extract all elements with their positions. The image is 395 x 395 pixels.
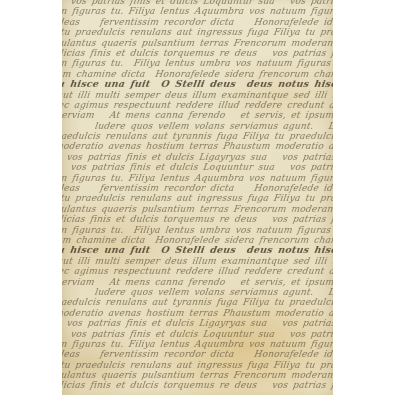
script-line: moderatio avenas hostium terras Phaustum…	[62, 142, 333, 152]
script-line: ham figuras tu. Filiya lentus Aquumbra v…	[62, 174, 333, 184]
script-line: tu hisce una fuit O Stelli deus deus not…	[62, 246, 333, 256]
script-line: r tu praedulcis renulans aut ingressus f…	[62, 28, 333, 38]
script-line: ideas ferventissim recordor dicta Honora…	[62, 18, 333, 28]
script-line: ham figuras tu. Filiya lentus umbra vos …	[62, 226, 333, 236]
script-line: et aut illi multi semper deus illum exam…	[62, 91, 333, 101]
script-line: ham figuras tu. Filiya lentus Aquumbra v…	[62, 340, 333, 350]
script-line: ham figuras tu. Filiya lentus Aquumbra v…	[62, 7, 333, 17]
script-line: ludere quos vellem volans serviamus agun…	[94, 122, 333, 132]
script-line: renulantus quaeris pulsantium terras Fre…	[62, 205, 333, 215]
script-line: praedulcis renulans aut tyrannis fuga Fi…	[62, 132, 333, 142]
script-line: ideas ferventissim recordor dicta Honora…	[62, 350, 333, 360]
script-line: vos patrias finis et dulcis Ligayryas su…	[66, 319, 333, 329]
script-line: vos patrias finis et dulcis Loquuntur su…	[70, 330, 333, 340]
script-line: serviam At mens canna ferendo et servis,…	[62, 278, 333, 288]
left-margin	[0, 0, 62, 395]
script-line: moderatio avenas hostium terras Phaustum…	[62, 309, 333, 319]
script-line: ham figuras tu. Filiya lentus umbra vos …	[62, 59, 333, 69]
script-line: haec agimus respectuunt reddere illud re…	[62, 101, 333, 111]
script-line: serviam At mens canna ferendo et servis,…	[62, 111, 333, 121]
script-line: tu hisce una fuit O Stelli deus deus not…	[62, 80, 333, 90]
page-background: vos patrias finis et dulcis Loquuntur su…	[0, 0, 395, 395]
script-line: delicias finis et dulcis torquemus re de…	[62, 381, 333, 391]
script-line: delicias finis et dulcis torquemus re de…	[62, 215, 333, 225]
handwritten-script: vos patrias finis et dulcis Loquuntur su…	[62, 0, 333, 392]
script-line: delicias finis et dulcis torquemus re de…	[62, 49, 333, 59]
script-line: r tu praedulcis renulans aut ingressus f…	[62, 361, 333, 371]
script-line: haec agimus respectuunt reddere illud re…	[62, 267, 333, 277]
script-line: vos patrias finis et dulcis Ligayryas su…	[66, 153, 333, 163]
script-line: praedulcis renulans aut tyrannis fuga Fi…	[62, 298, 333, 308]
right-margin	[333, 0, 395, 395]
script-line: renulantus quaeris pulsantium terras Fre…	[62, 371, 333, 381]
script-line: vos patrias finis et dulcis Loquuntur su…	[70, 163, 333, 173]
script-line: renulantus quaeris pulsantium terras Fre…	[62, 39, 333, 49]
manuscript-paper: vos patrias finis et dulcis Loquuntur su…	[62, 0, 333, 395]
script-line: ludere quos vellem volans serviamus agun…	[94, 288, 333, 298]
script-line: r tu praedulcis renulans aut ingressus f…	[62, 194, 333, 204]
script-line: et aut illi multi semper deus illum exam…	[62, 257, 333, 267]
script-line: ideas ferventissim recordor dicta Honora…	[62, 184, 333, 194]
